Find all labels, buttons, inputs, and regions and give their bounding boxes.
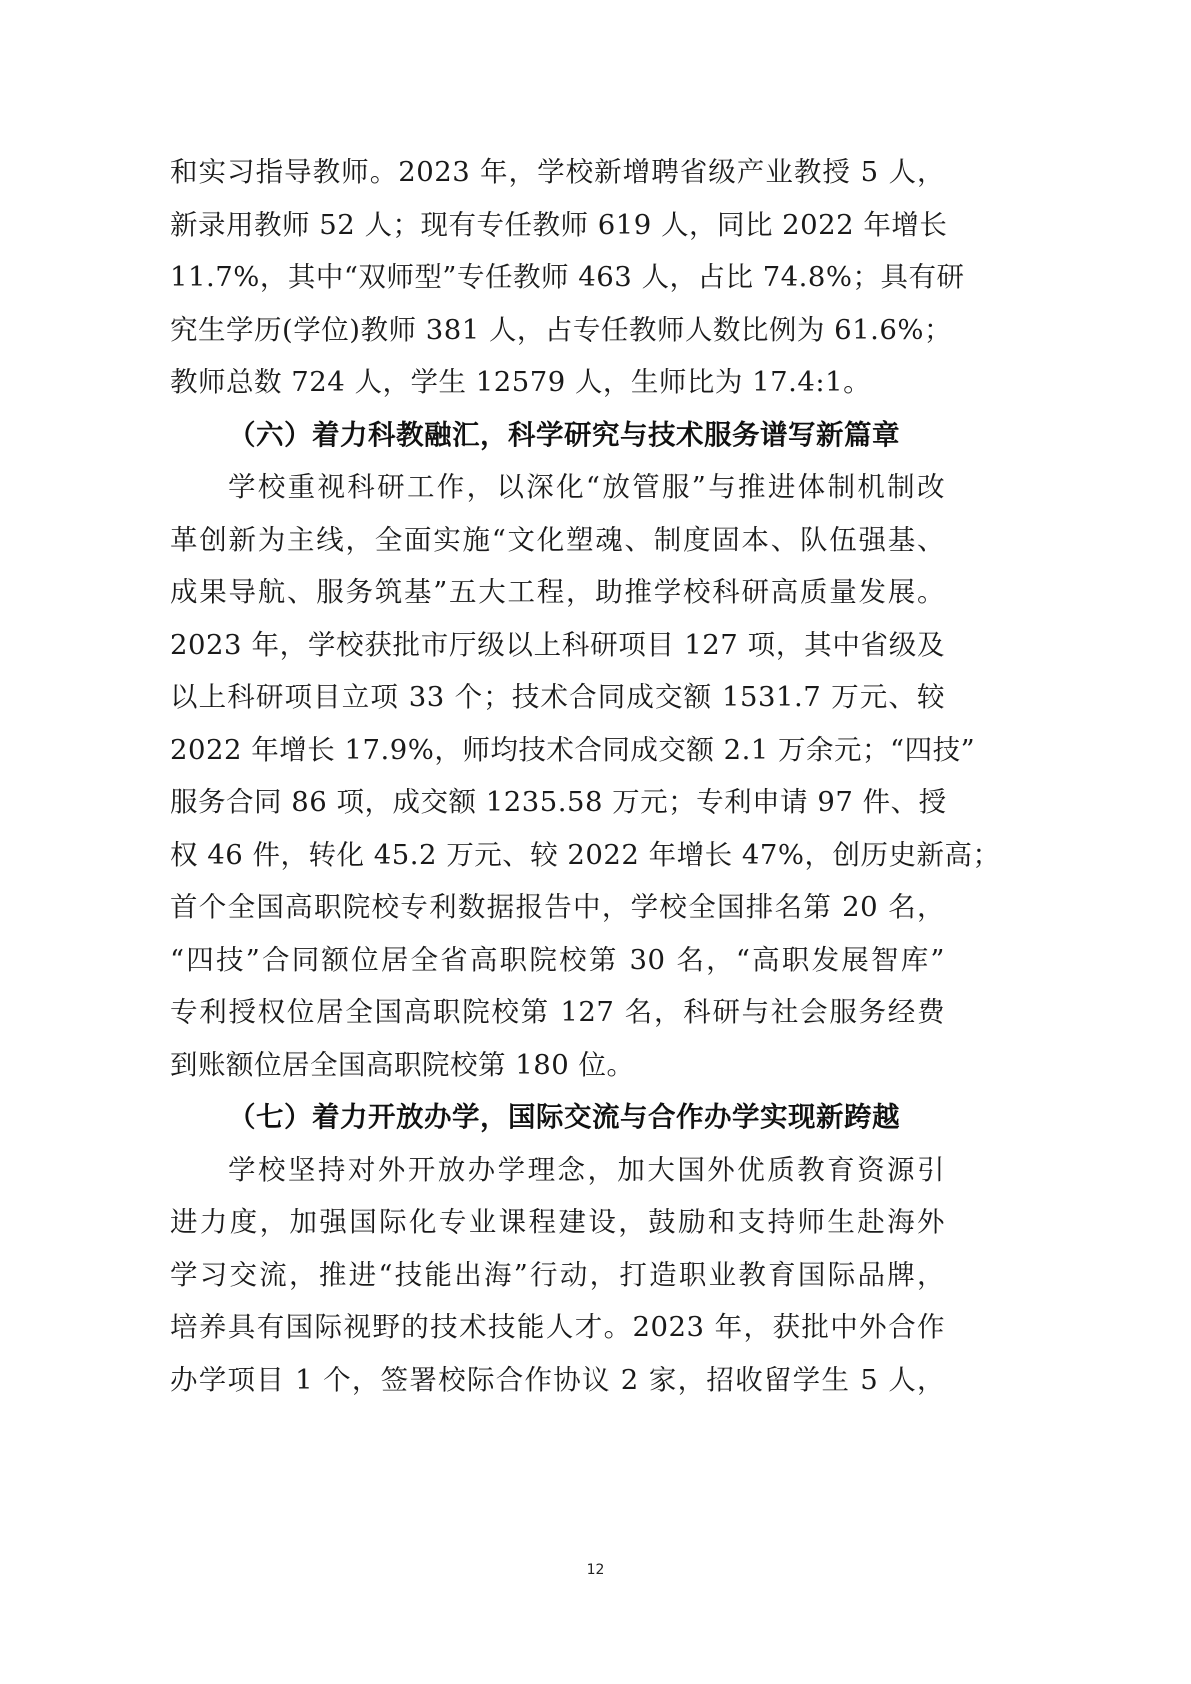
text-line: 权 46 件，转化 45.2 万元、较 2022 年增长 47%，创历史新高； [170,829,945,882]
text-line: 革创新为主线，全面实施“文化塑魂、制度固本、队伍强基、 [170,514,945,567]
paragraph-first-line: 学校坚持对外开放办学理念，加大国外优质教育资源引 [170,1144,945,1197]
body-text: 和实习指导教师。2023 年，学校新增聘省级产业教授 5 人， 新录用教师 52… [170,146,945,1406]
page-number: 12 [0,1562,1191,1578]
text-line: 服务合同 86 项，成交额 1235.58 万元；专利申请 97 件、授 [170,776,945,829]
text-line: 以上科研项目立项 33 个；技术合同成交额 1531.7 万元、较 [170,671,945,724]
text-line: 办学项目 1 个，签署校际合作协议 2 家，招收留学生 5 人， [170,1354,945,1407]
text-line: 学习交流，推进“技能出海”行动，打造职业教育国际品牌， [170,1249,945,1302]
text-line: “四技”合同额位居全省高职院校第 30 名，“高职发展智库” [170,934,945,987]
section-heading-7: （七）着力开放办学，国际交流与合作办学实现新跨越 [170,1091,945,1144]
text-line: 首个全国高职院校专利数据报告中，学校全国排名第 20 名， [170,881,945,934]
document-page: 和实习指导教师。2023 年，学校新增聘省级产业教授 5 人， 新录用教师 52… [0,0,1191,1684]
text-line: 新录用教师 52 人；现有专任教师 619 人，同比 2022 年增长 [170,199,945,252]
text-line: 2022 年增长 17.9%，师均技术合同成交额 2.1 万余元；“四技” [170,724,945,777]
text-line: 2023 年，学校获批市厅级以上科研项目 127 项，其中省级及 [170,619,945,672]
text-line: 进力度，加强国际化专业课程建设，鼓励和支持师生赴海外 [170,1196,945,1249]
text-line: 成果导航、服务筑基”五大工程，助推学校科研高质量发展。 [170,566,945,619]
text-line: 和实习指导教师。2023 年，学校新增聘省级产业教授 5 人， [170,146,945,199]
text-line: 专利授权位居全国高职院校第 127 名，科研与社会服务经费 [170,986,945,1039]
text-line: 培养具有国际视野的技术技能人才。2023 年，获批中外合作 [170,1301,945,1354]
text-line: 究生学历(学位)教师 381 人，占专任教师人数比例为 61.6%； [170,304,945,357]
text-line: 到账额位居全国高职院校第 180 位。 [170,1039,945,1092]
text-line: 11.7%，其中“双师型”专任教师 463 人，占比 74.8%；具有研 [170,251,945,304]
paragraph-first-line: 学校重视科研工作，以深化“放管服”与推进体制机制改 [170,461,945,514]
section-heading-6: （六）着力科教融汇，科学研究与技术服务谱写新篇章 [170,409,945,462]
text-line: 教师总数 724 人，学生 12579 人，生师比为 17.4:1。 [170,356,945,409]
